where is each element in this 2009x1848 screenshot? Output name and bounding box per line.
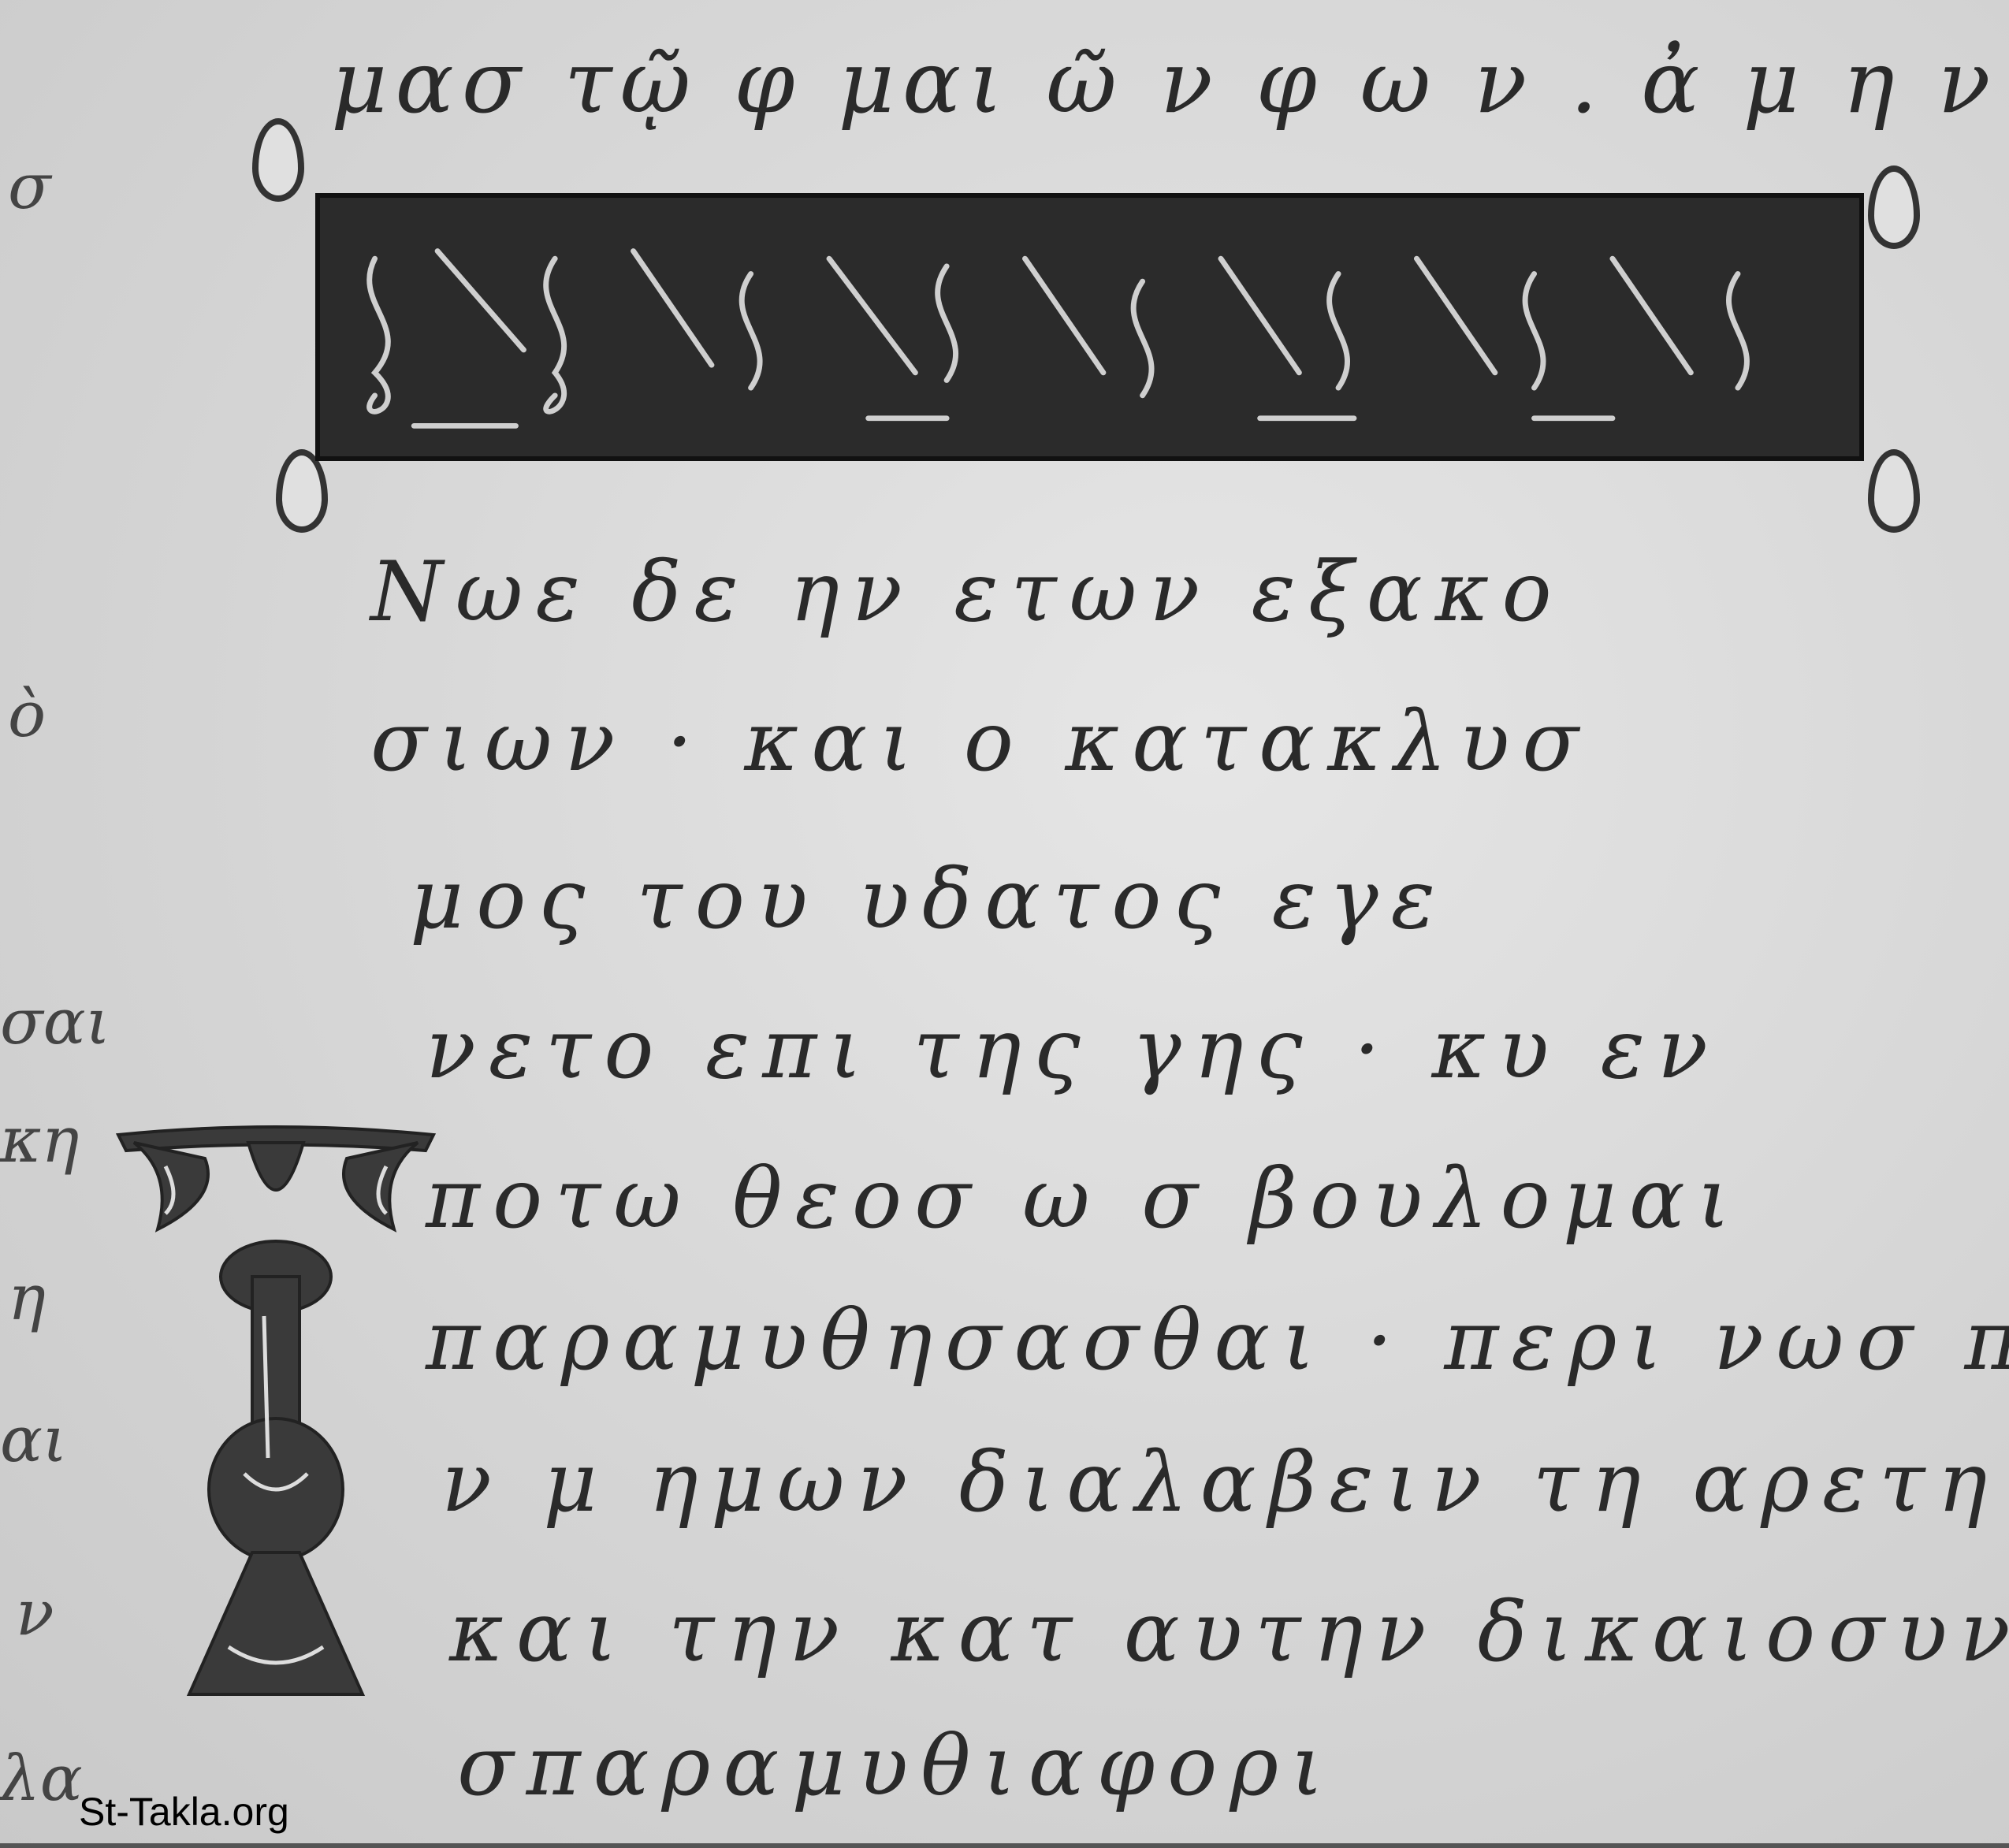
top-text-line: μασ τῷ φ μαι ῶ ν φ ω ν . ἀ μ η ν :- [331,32,2009,132]
margin-fragment: λα [0,1742,83,1815]
corner-ornament [1868,165,1920,249]
corner-ornament [276,449,328,533]
text-line: ποτω θεοσ ω σ βουλομαι [426,1151,1743,1247]
margin-fragment: η [8,1261,46,1334]
text-line: σπαραμυθιαφορι [457,1718,1336,1814]
text-line: ν μ ημων διαλαβειν τη αρετη · [441,1434,2009,1530]
corner-ornament [1868,449,1920,533]
margin-fragment: ὸ [8,678,46,751]
manuscript-page: μασ τῷ φ μαι ῶ ν φ ω ν . ἀ μ η ν :- [0,0,2009,1848]
text-line: και την κατ αυτην δικαιοσυνη [449,1584,2009,1680]
text-line: σιων · και ο κατακλυσ [370,693,1591,790]
ornamented-initial-t-icon [110,1080,441,1726]
text-line: Νωε δε ην ετων εξακο [370,544,1564,640]
text-line: παραμυθησασθαι · περι νωσ προ [426,1292,2009,1389]
margin-fragment: σ [8,150,51,223]
margin-fragment: ν [16,1576,54,1649]
margin-fragment: σαι [0,985,110,1058]
text-line: μος του υδατος εγε [410,851,1448,947]
ornament-pattern-icon [320,198,1859,456]
margin-fragment: κη [0,1103,79,1177]
bottom-border [0,1843,2009,1848]
watermark-text: St-Takla.org [79,1789,289,1835]
decorated-headpiece-band [315,193,1864,461]
margin-fragment: αι [0,1403,67,1476]
text-line: νετο επι της γης · κυ εν [426,1001,1721,1097]
corner-ornament [252,118,304,202]
